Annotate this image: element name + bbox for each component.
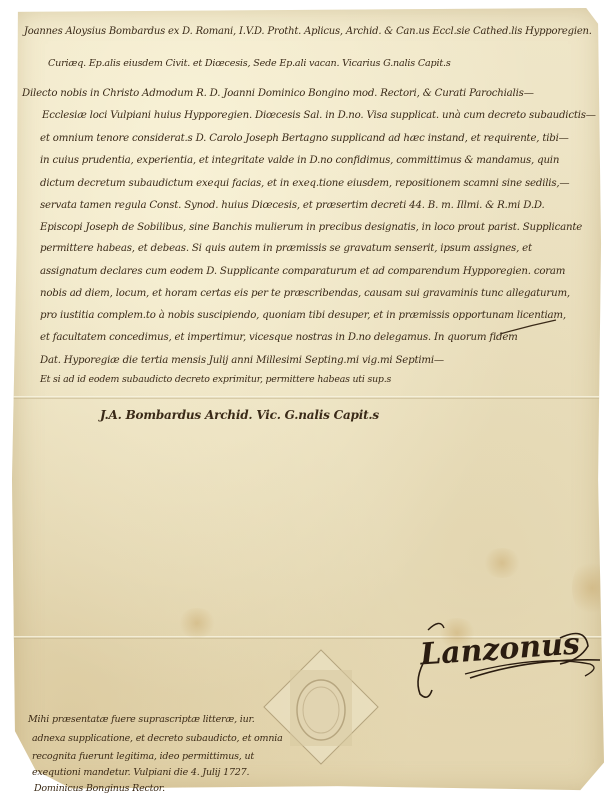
body-line: pro iustitia complem.to à nobis suscipie… [40,310,566,321]
header-line: Curiæq. Ep.alis eiusdem Civit. et Diœces… [48,58,451,69]
stain [177,608,217,638]
body-line: servata tamen regula Const. Synod. huius… [40,200,545,211]
body-line: Dilecto nobis in Christo Admodum R. D. J… [22,88,534,99]
body-line: et omnium tenore considerat.s D. Carolo … [40,133,569,144]
date-flourish [498,318,558,338]
note-line: adnexa supplicatione, et decreto subaudi… [32,733,283,744]
body-line: Episcopi Joseph de Sobilibus, sine Banch… [40,222,582,233]
note-line: Mihi præsentatæ fuere suprascriptæ litte… [28,714,255,725]
body-line: in cuius prudentia, experientia, et inte… [40,155,559,166]
vicar-signature: J.A. Bombardus Archid. Vic. G.nalis Capi… [100,408,379,422]
body-line: permittere habeas, et debeas. Si quis au… [40,243,532,254]
note-line: Dominicus Bonginus Rector. [34,783,165,794]
body-line: assignatum declares cum eodem D. Supplic… [40,266,565,277]
stain [572,558,610,618]
note-line: recognita fuerunt legitima, ideo permitt… [32,751,254,762]
body-line: Dat. Hyporegiæ die tertia mensis Julij a… [40,355,444,366]
body-line: Ecclesiæ loci Vulpiani huius Hypporegien… [42,110,596,121]
note-line: exequtioni mandetur. Vulpiani die 4. Jul… [32,767,249,778]
body-line: Et si ad id eodem subaudicto decreto exp… [40,374,391,385]
header-line: Joannes Aloysius Bombardus ex D. Romani,… [24,26,592,37]
stain [482,548,522,578]
body-line: dictum decretum subaudictum exequi facia… [40,178,569,189]
body-line: et facultatem concedimus, et impertimur,… [40,332,518,343]
body-line: nobis ad diem, locum, et horam certas ei… [40,288,570,299]
fold-crease [12,396,604,399]
seal-icon [262,648,380,766]
